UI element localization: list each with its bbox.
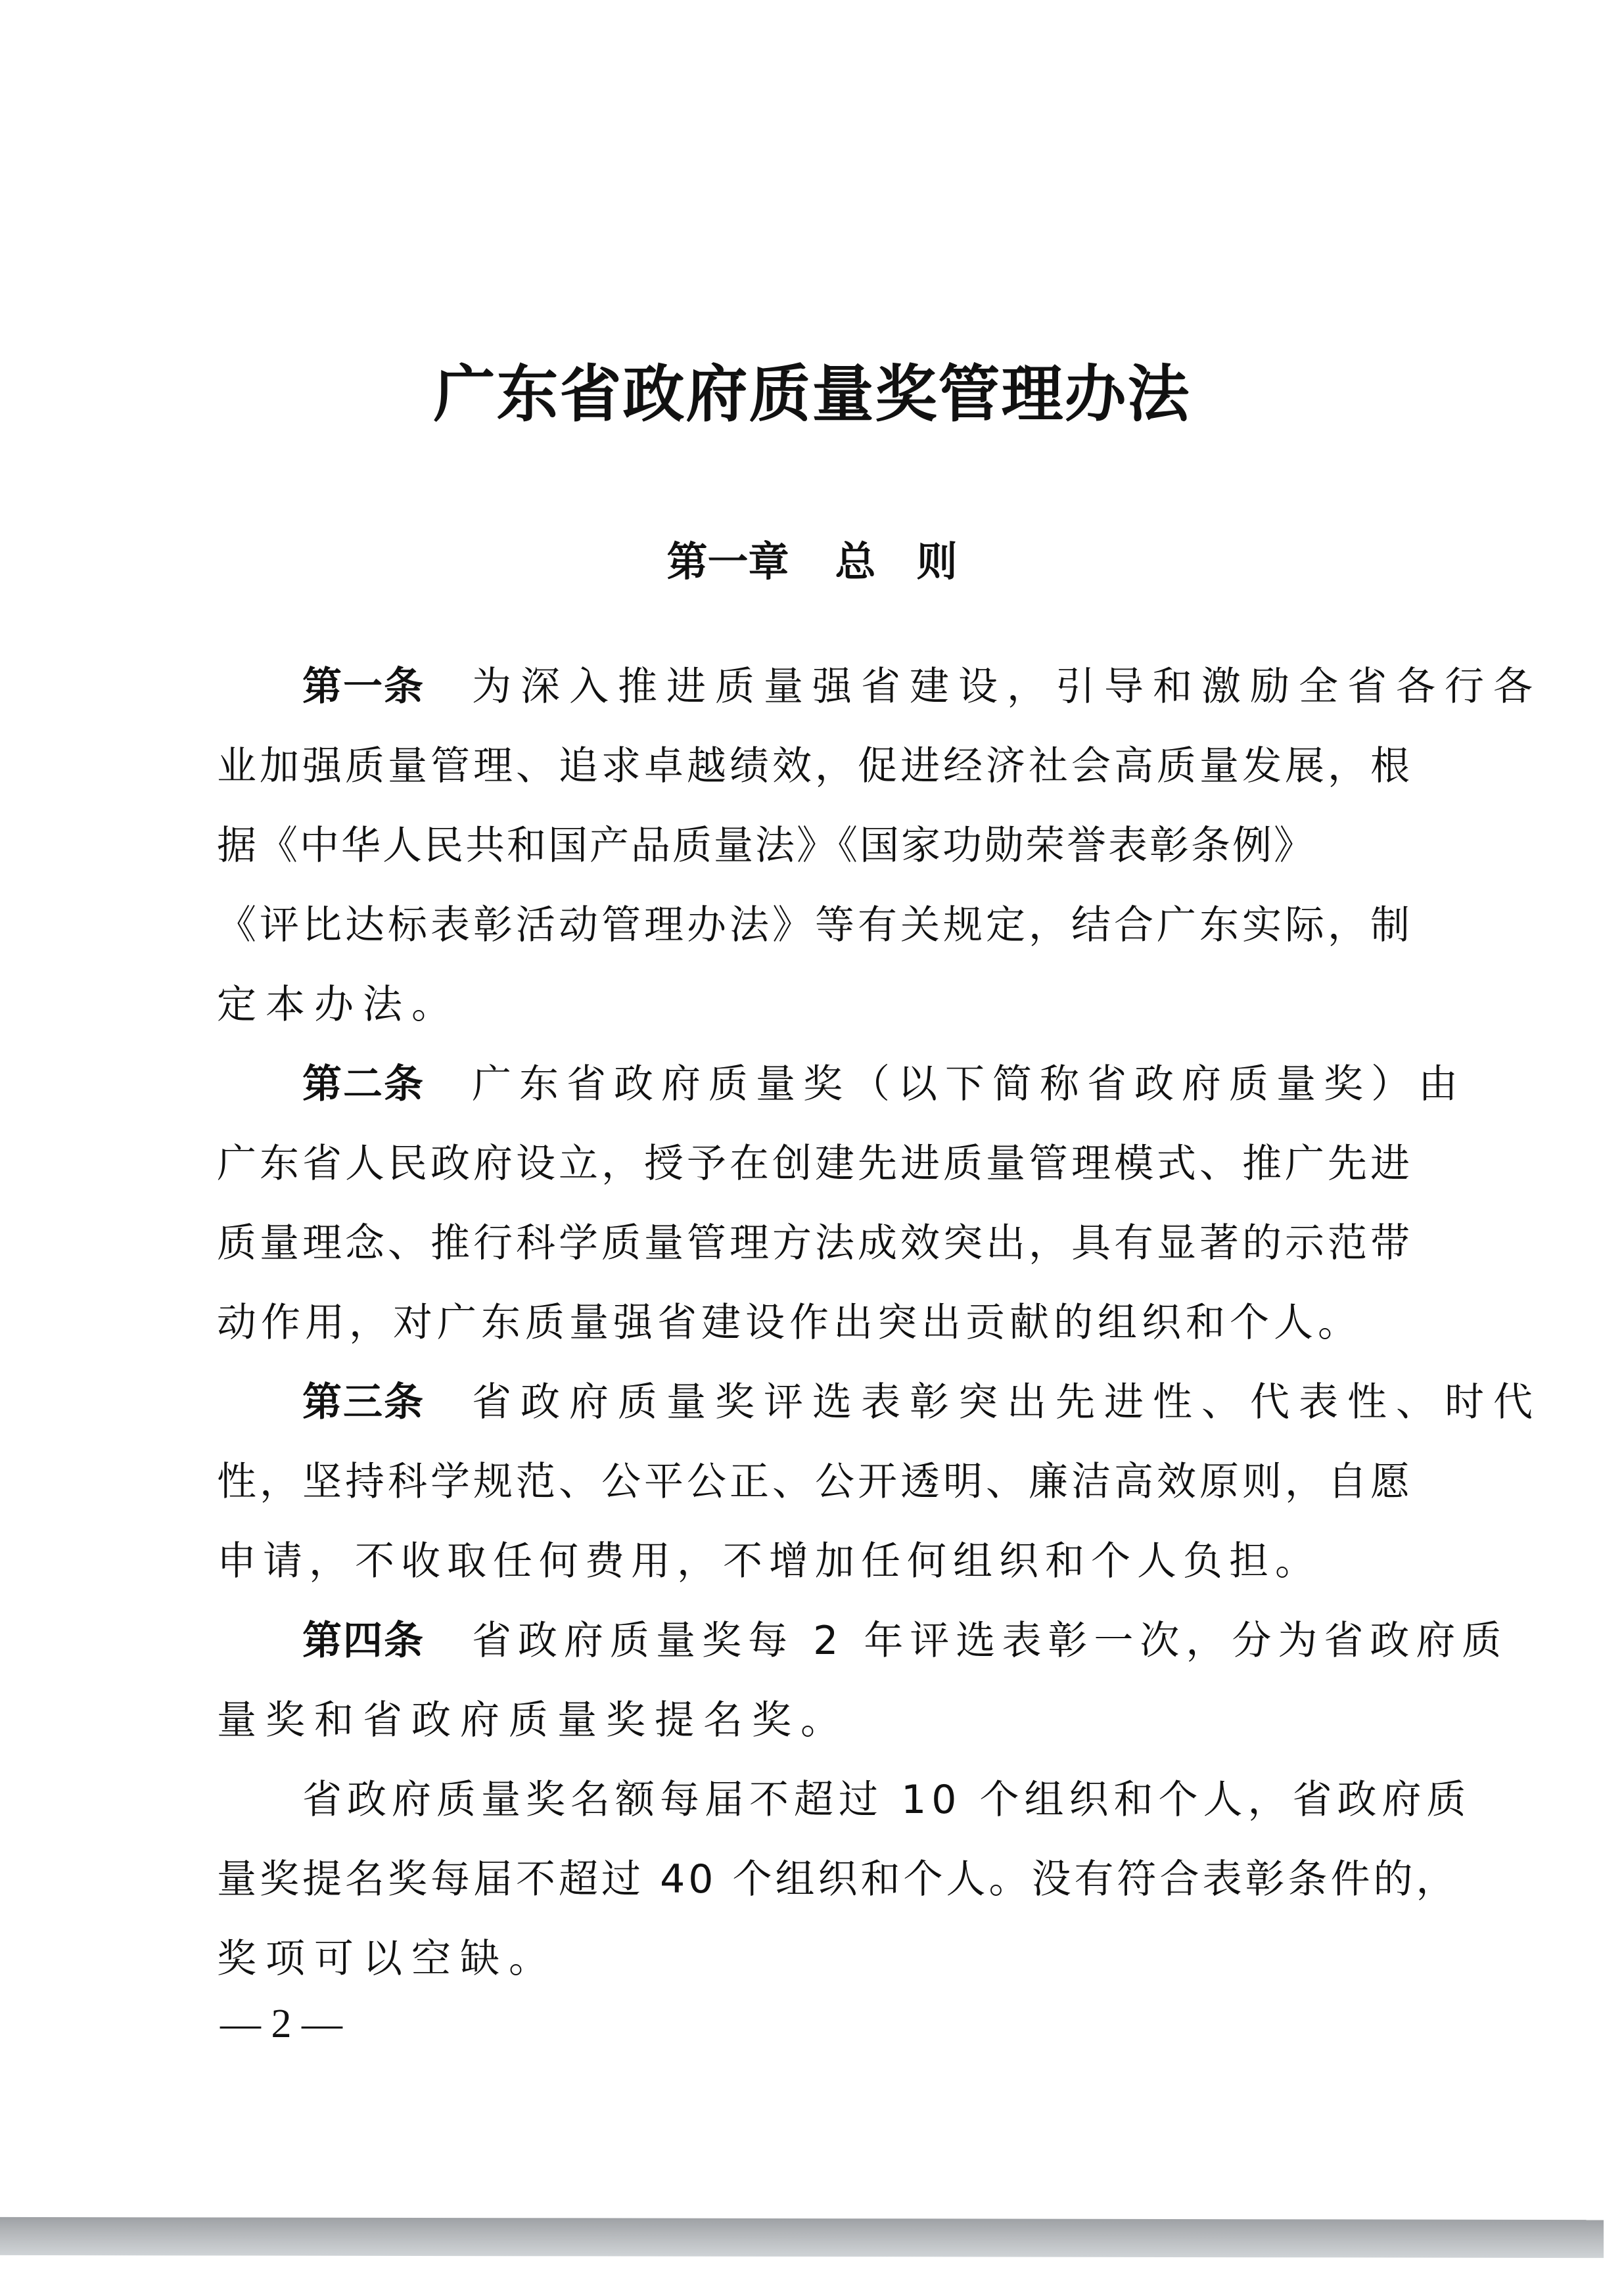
article-text: 广东省政府质量奖（以下简称省政府质量奖）由 (472, 1045, 1466, 1124)
article-line: 第二条 广东省政府质量奖（以下简称省政府质量奖）由 (217, 1045, 1429, 1124)
scan-edge-shadow (0, 2217, 1604, 2258)
article-line: 广东省人民政府设立，授予在创建先进质量管理模式、推广先进 (217, 1124, 1429, 1204)
article-text: 省政府质量奖每 2 年评选表彰一次，分为省政府质 (472, 1601, 1508, 1681)
article-1: 第一条 为深入推进质量强省建设，引导和激励全省各行各 业加强质量管理、追求卓越绩… (217, 647, 1429, 1045)
article-line: 业加强质量管理、追求卓越绩效，促进经济社会高质量发展，根 (217, 727, 1429, 806)
article-4: 第四条 省政府质量奖每 2 年评选表彰一次，分为省政府质 量奖和省政府质量奖提名… (217, 1601, 1429, 1760)
article-line: 性，坚持科学规范、公平公正、公开透明、廉洁高效原则，自愿 (217, 1442, 1429, 1522)
article-label: 第四条 (302, 1601, 425, 1681)
article-line: 据《中华人民共和国产品质量法》《国家功勋荣誉表彰条例》 (217, 806, 1429, 886)
article-text: 省政府质量奖评选表彰突出先进性、代表性、时代 (472, 1363, 1542, 1442)
paragraph-line: 省政府质量奖名额每届不超过 10 个组织和个人，省政府质 (217, 1760, 1429, 1840)
article-line: 质量理念、推行科学质量管理方法成效突出，具有显著的示范带 (217, 1204, 1429, 1283)
article-label: 第三条 (302, 1363, 425, 1442)
article-4-paragraph-2: 省政府质量奖名额每届不超过 10 个组织和个人，省政府质 量奖提名奖每届不超过 … (217, 1760, 1429, 1999)
chapter-number: 第一章 (666, 538, 789, 585)
document-title: 广东省政府质量奖管理办法 (0, 348, 1624, 440)
chapter-heading: 第一章总 则 (0, 532, 1624, 591)
article-line: 定本办法。 (217, 965, 1429, 1045)
article-line: 第四条 省政府质量奖每 2 年评选表彰一次，分为省政府质 (217, 1601, 1429, 1681)
page-number: — 2 — (220, 1998, 342, 2050)
article-line: 第三条 省政府质量奖评选表彰突出先进性、代表性、时代 (217, 1363, 1429, 1442)
article-line: 《评比达标表彰活动管理办法》等有关规定，结合广东实际，制 (217, 886, 1429, 965)
article-3: 第三条 省政府质量奖评选表彰突出先进性、代表性、时代 性，坚持科学规范、公平公正… (217, 1363, 1429, 1601)
paragraph-line: 量奖提名奖每届不超过 40 个组织和个人。没有符合表彰条件的， (217, 1840, 1429, 1919)
article-2: 第二条 广东省政府质量奖（以下简称省政府质量奖）由 广东省人民政府设立，授予在创… (217, 1045, 1429, 1363)
paragraph-line: 奖项可以空缺。 (217, 1919, 1429, 1999)
document-body: 第一条 为深入推进质量强省建设，引导和激励全省各行各 业加强质量管理、追求卓越绩… (217, 647, 1429, 1999)
article-line: 第一条 为深入推进质量强省建设，引导和激励全省各行各 (217, 647, 1429, 727)
article-line: 动作用，对广东质量强省建设作出突出贡献的组织和个人。 (217, 1283, 1429, 1363)
article-label: 第二条 (302, 1045, 425, 1124)
article-line: 量奖和省政府质量奖提名奖。 (217, 1681, 1429, 1760)
chapter-name: 总 则 (835, 538, 958, 585)
article-label: 第一条 (302, 647, 425, 727)
article-text: 为深入推进质量强省建设，引导和激励全省各行各 (472, 647, 1542, 727)
document-page: 广东省政府质量奖管理办法 第一章总 则 第一条 为深入推进质量强省建设，引导和激… (0, 0, 1624, 2296)
article-line: 申请，不收取任何费用，不增加任何组织和个人负担。 (217, 1522, 1429, 1601)
